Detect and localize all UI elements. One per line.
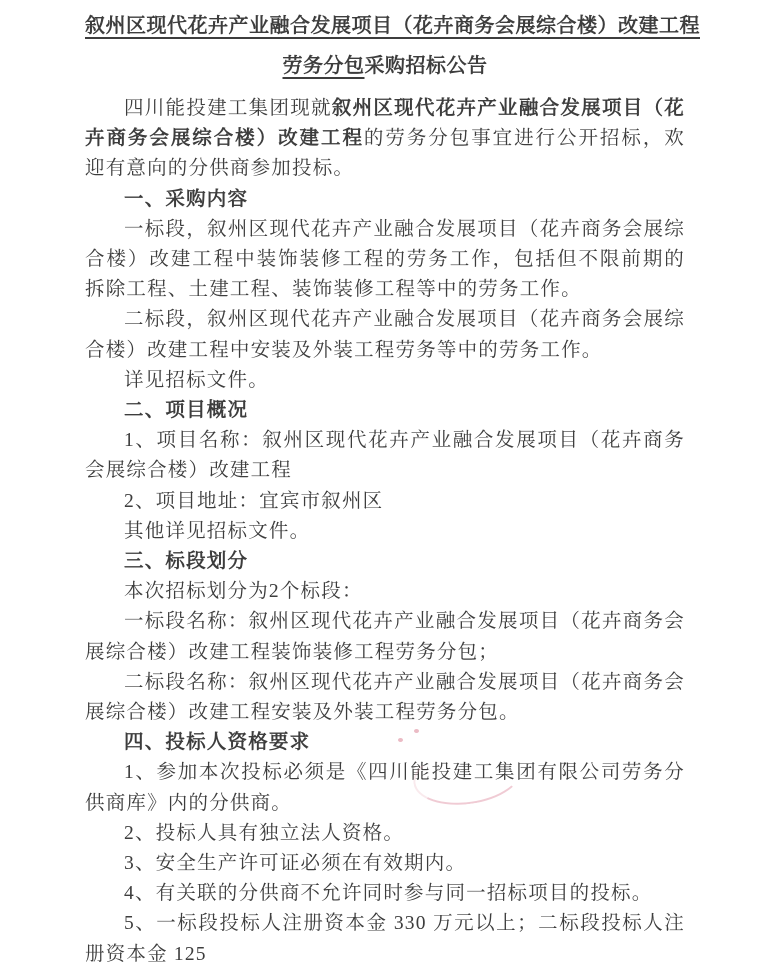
intro-paragraph: 四川能投建工集团现就叙州区现代花卉产业融合发展项目（花卉商务会展综合楼）改建工程… <box>85 94 685 185</box>
section-2-paragraph-3: 其他详见招标文件。 <box>85 517 685 547</box>
section-4-paragraph-2: 2、投标人具有独立法人资格。 <box>85 819 685 849</box>
title-subcontract-underlined: 劳务分包 <box>283 55 365 77</box>
title-announcement-text: 采购招标公告 <box>365 55 488 77</box>
section-3-heading: 三、标段划分 <box>85 547 685 577</box>
document-title: 叙州区现代花卉产业融合发展项目（花卉商务会展综合楼）改建工程 劳务分包采购招标公… <box>85 6 685 86</box>
intro-prefix: 四川能投建工集团现就 <box>124 98 332 119</box>
title-line-1: 叙州区现代花卉产业融合发展项目（花卉商务会展综合楼）改建工程 <box>85 6 685 46</box>
section-2-heading: 二、项目概况 <box>85 396 685 426</box>
section-1-paragraph-1: 一标段，叙州区现代花卉产业融合发展项目（花卉商务会展综合楼）改建工程中装饰装修工… <box>85 215 685 306</box>
section-3-paragraph-3: 二标段名称：叙州区现代花卉产业融合发展项目（花卉商务会展综合楼）改建工程安装及外… <box>85 668 685 728</box>
section-4-heading: 四、投标人资格要求 <box>85 728 685 758</box>
scanned-tender-announcement-page: 叙州区现代花卉产业融合发展项目（花卉商务会展综合楼）改建工程 劳务分包采购招标公… <box>0 0 768 980</box>
section-1-paragraph-3: 详见招标文件。 <box>85 366 685 396</box>
section-4-paragraph-3: 3、安全生产许可证必须在有效期内。 <box>85 849 685 879</box>
section-4-paragraph-4: 4、有关联的分供商不允许同时参与同一招标项目的投标。 <box>85 879 685 909</box>
title-project-name: 叙州区现代花卉产业融合发展项目（花卉商务会展综合楼）改建工程 <box>85 15 700 37</box>
section-3-paragraph-1: 本次招标划分为2个标段： <box>85 577 685 607</box>
section-4-paragraph-1: 1、参加本次投标必须是《四川能投建工集团有限公司劳务分供商库》内的分供商。 <box>85 758 685 818</box>
section-1-paragraph-2: 二标段，叙州区现代花卉产业融合发展项目（花卉商务会展综合楼）改建工程中安装及外装… <box>85 305 685 365</box>
section-2-paragraph-2: 2、项目地址：宜宾市叙州区 <box>85 487 685 517</box>
section-4-paragraph-5: 5、一标段投标人注册资本金 330 万元以上；二标段投标人注册资本金 125 <box>85 909 685 969</box>
section-3-paragraph-2: 一标段名称：叙州区现代花卉产业融合发展项目（花卉商务会展综合楼）改建工程装饰装修… <box>85 607 685 667</box>
section-1-heading: 一、采购内容 <box>85 185 685 215</box>
title-line-2: 劳务分包采购招标公告 <box>85 46 685 86</box>
section-2-paragraph-1: 1、项目名称：叙州区现代花卉产业融合发展项目（花卉商务会展综合楼）改建工程 <box>85 426 685 486</box>
document-content: 叙州区现代花卉产业融合发展项目（花卉商务会展综合楼）改建工程 劳务分包采购招标公… <box>0 0 768 970</box>
